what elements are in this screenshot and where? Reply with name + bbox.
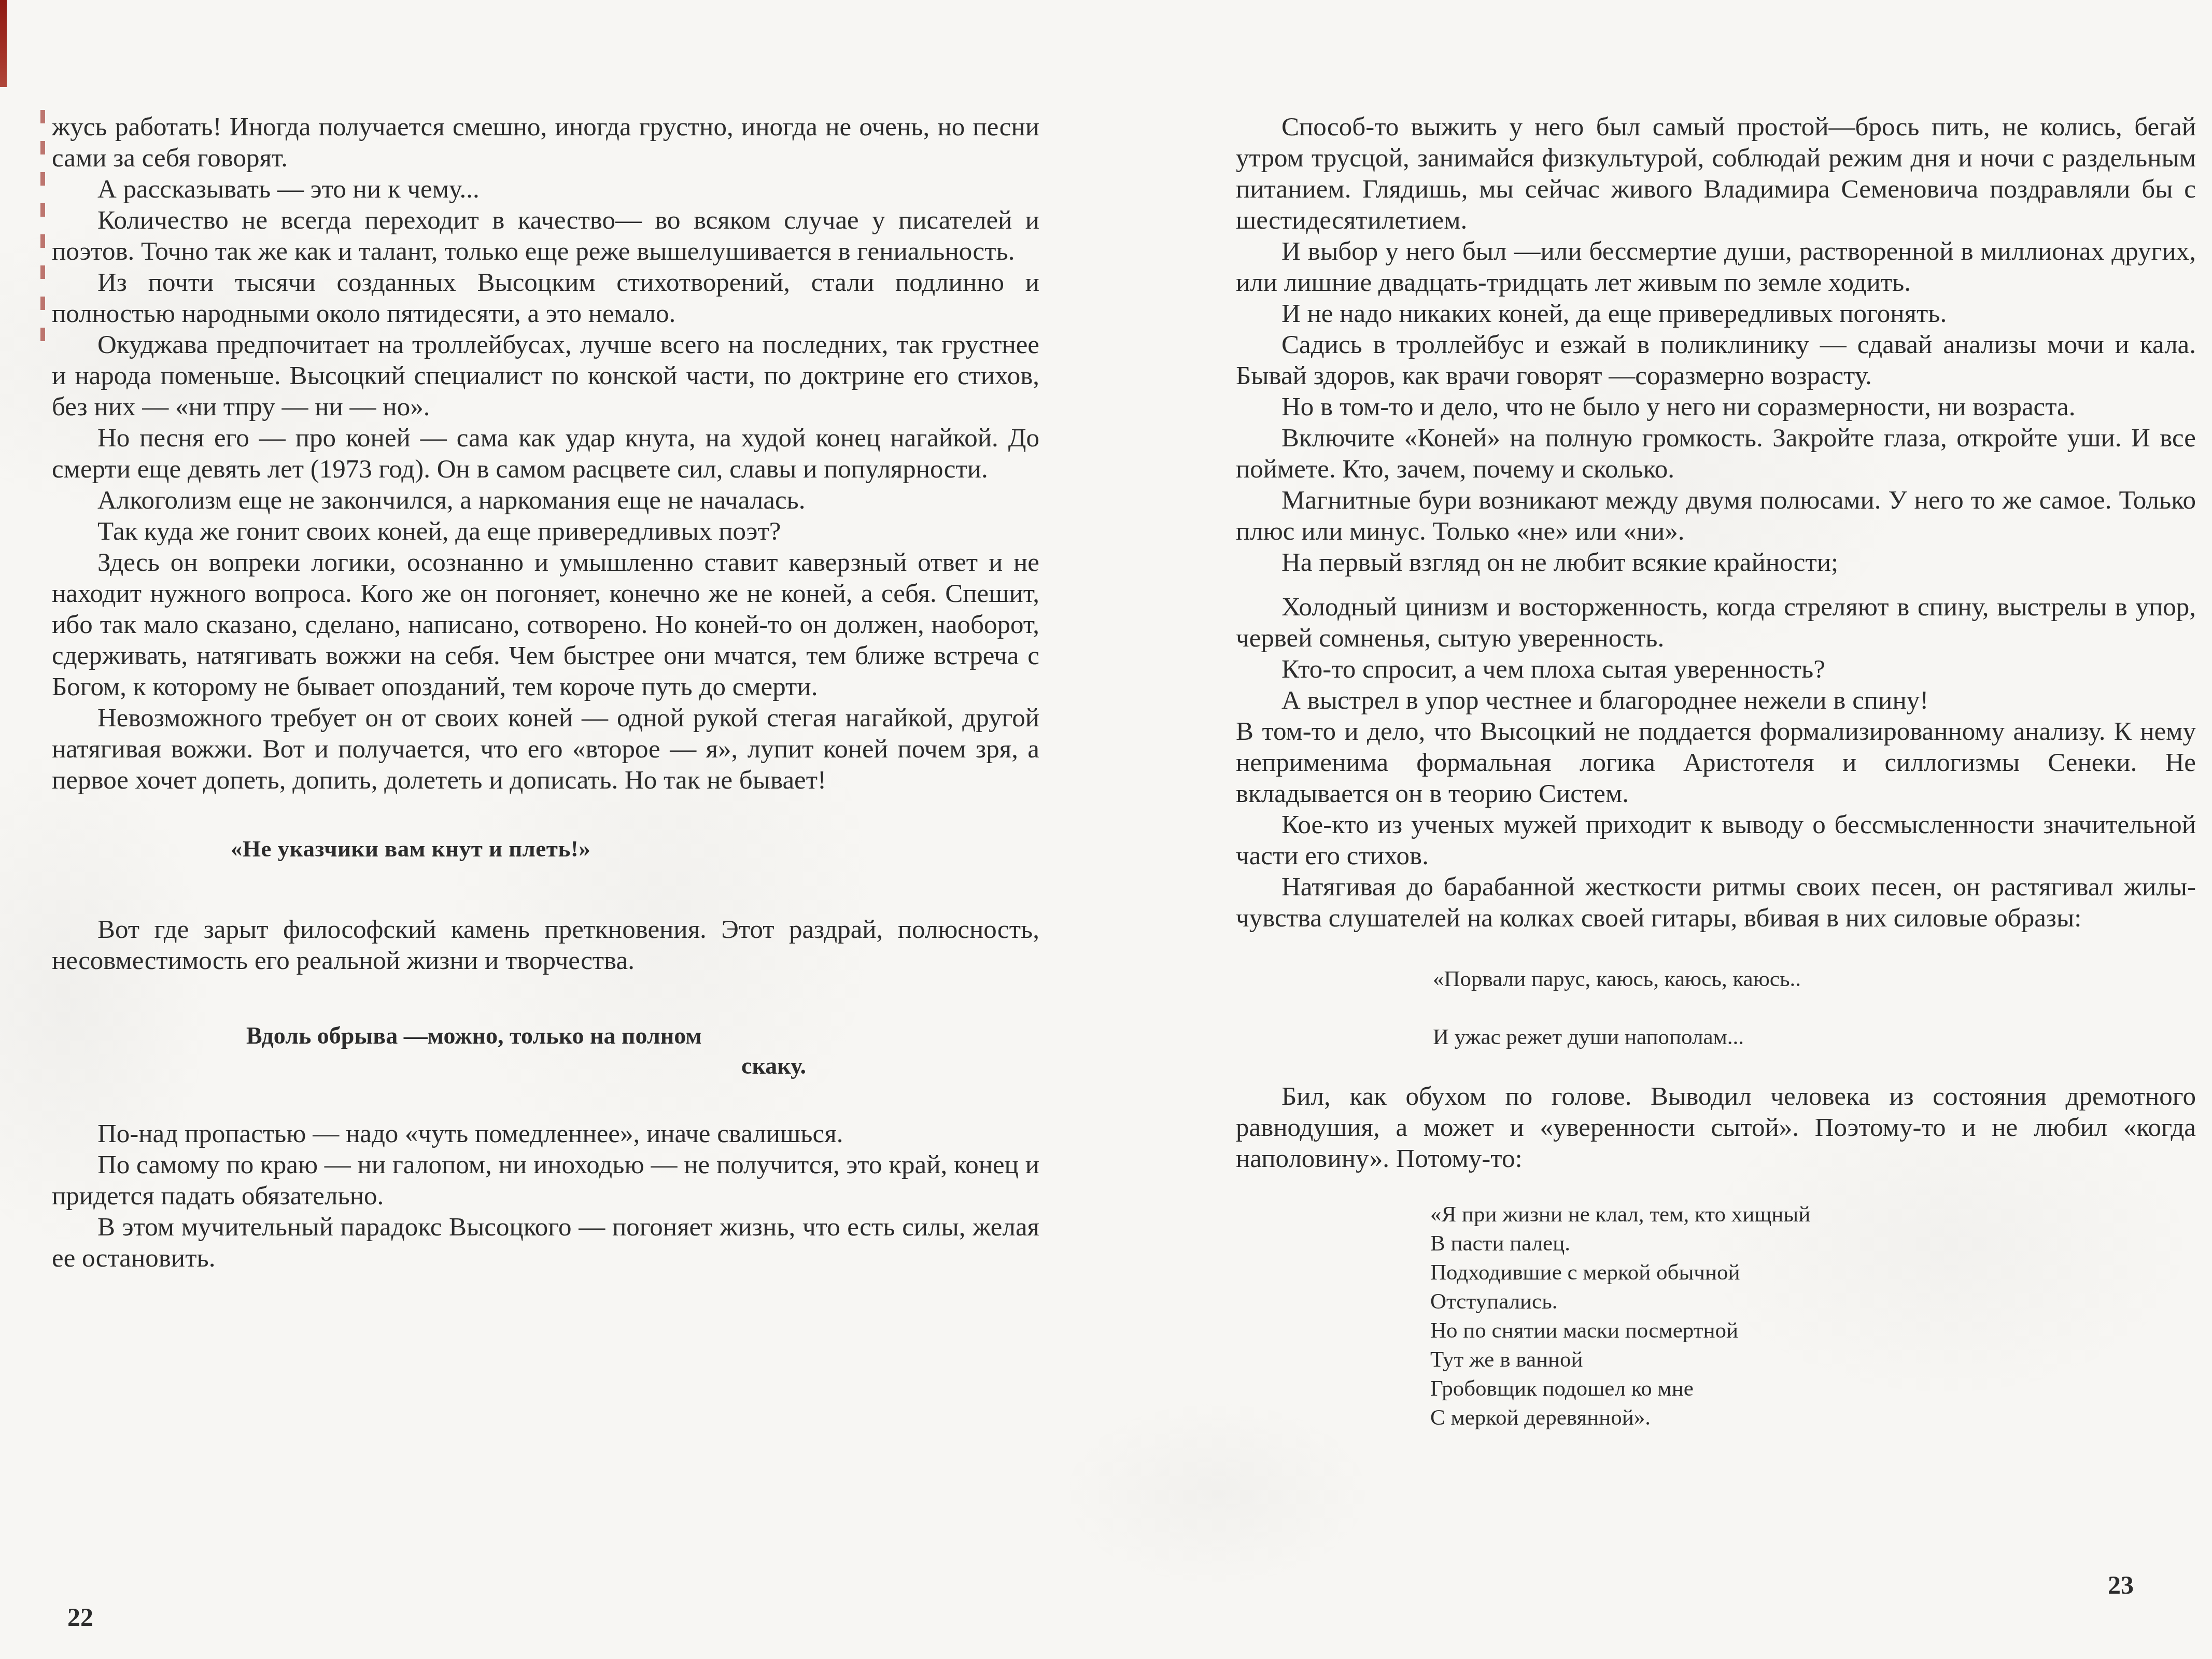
page-number-right: 23 — [2108, 1570, 2134, 1600]
verse-line: Отступались. — [1430, 1287, 2196, 1316]
verse-line: Тут же в ванной — [1430, 1345, 2196, 1374]
paragraph: Окуджава предпочитает на троллейбусах, л… — [52, 329, 1039, 423]
paragraph: В том-то и дело, что Высоцкий не поддает… — [1236, 716, 2196, 809]
paragraph: Количество не всегда переходит в качеств… — [52, 205, 1039, 267]
right-page: Способ-то выжить у него был самый просто… — [1236, 111, 2196, 1432]
verse-line: И ужас режет души напополам... — [1433, 1023, 2196, 1052]
paragraph: По-над пропастью — надо «чуть помедленне… — [52, 1118, 1039, 1149]
paragraph: жусь работать! Иногда получается смешно,… — [52, 111, 1039, 174]
paragraph: Алкоголизм еще не закончился, а наркоман… — [52, 485, 1039, 516]
epigraph-quote: «Не указчики вам кнут и плеть!» — [52, 833, 1039, 864]
paragraph: Способ-то выжить у него был самый просто… — [1236, 111, 2196, 236]
paragraph: Бил, как обухом по голове. Выводил челов… — [1236, 1081, 2196, 1174]
paragraph: Садись в троллейбус и езжай в поликлиник… — [1236, 329, 2196, 391]
scan-edge-dashes-artifact — [40, 110, 45, 359]
verse-line: Гробовщик подошел ко мне — [1430, 1374, 2196, 1403]
paragraph: И не надо никаких коней, да еще приверед… — [1236, 298, 2196, 329]
scan-edge-artifact — [0, 0, 7, 87]
verse-line: Вдоль обрыва —можно, только на полном — [246, 1021, 1039, 1051]
paragraph: Вот где зарыт философский камень преткно… — [52, 914, 1039, 976]
verse-line: «Я при жизни не клал, тем, кто хищный — [1430, 1200, 2196, 1229]
paragraph: На первый взгляд он не любит всякие край… — [1236, 547, 2196, 578]
left-page: жусь работать! Иногда получается смешно,… — [52, 111, 1039, 1274]
paragraph: Холодный цинизм и восторженность, когда … — [1236, 592, 2196, 654]
paragraph: Включите «Коней» на полную громкость. За… — [1236, 423, 2196, 485]
verse-block: «Я при жизни не клал, тем, кто хищный В … — [1430, 1200, 2196, 1432]
verse-line: С меркой деревянной». — [1430, 1403, 2196, 1432]
verse-line: Но по снятии маски посмертной — [1430, 1316, 2196, 1345]
paragraph: Натягивая до барабанной жесткости ритмы … — [1236, 871, 2196, 934]
paragraph: По самому по краю — ни галопом, ни инохо… — [52, 1149, 1039, 1212]
verse-line: «Порвали парус, каюсь, каюсь, каюсь.. — [1433, 965, 2196, 994]
verse-line: скаку. — [741, 1051, 1039, 1081]
verse-line: В пасти палец. — [1430, 1229, 2196, 1258]
song-quote-block: «Порвали парус, каюсь, каюсь, каюсь.. И … — [1433, 965, 2196, 1052]
verse-line: Подходившие с меркой обычной — [1430, 1258, 2196, 1287]
paragraph: Кое-кто из ученых мужей приходит к вывод… — [1236, 809, 2196, 871]
verse-block: Вдоль обрыва —можно, только на полном ск… — [246, 1021, 1039, 1081]
page-number-left: 22 — [67, 1602, 93, 1632]
paragraph: Магнитные бури возникают между двумя пол… — [1236, 485, 2196, 547]
paragraph: А выстрел в упор честнее и благороднее н… — [1236, 685, 2196, 716]
paragraph: Из почти тысячи созданных Высоцким стихо… — [52, 267, 1039, 329]
paragraph: И выбор у него был —или бессмертие души,… — [1236, 236, 2196, 298]
paragraph: Здесь он вопреки логики, осознанно и умы… — [52, 547, 1039, 702]
paragraph: Невозможного требует он от своих коней —… — [52, 702, 1039, 796]
paragraph: Но в том-то и дело, что не было у него н… — [1236, 391, 2196, 423]
paragraph: В этом мучительный парадокс Высоцкого — … — [52, 1212, 1039, 1274]
paragraph: А рассказывать — это ни к чему... — [52, 174, 1039, 205]
paragraph: Кто-то спросит, а чем плоха сытая уверен… — [1236, 654, 2196, 685]
paragraph: Так куда же гонит своих коней, да еще пр… — [52, 516, 1039, 547]
paragraph: Но песня его — про коней — сама как удар… — [52, 423, 1039, 485]
